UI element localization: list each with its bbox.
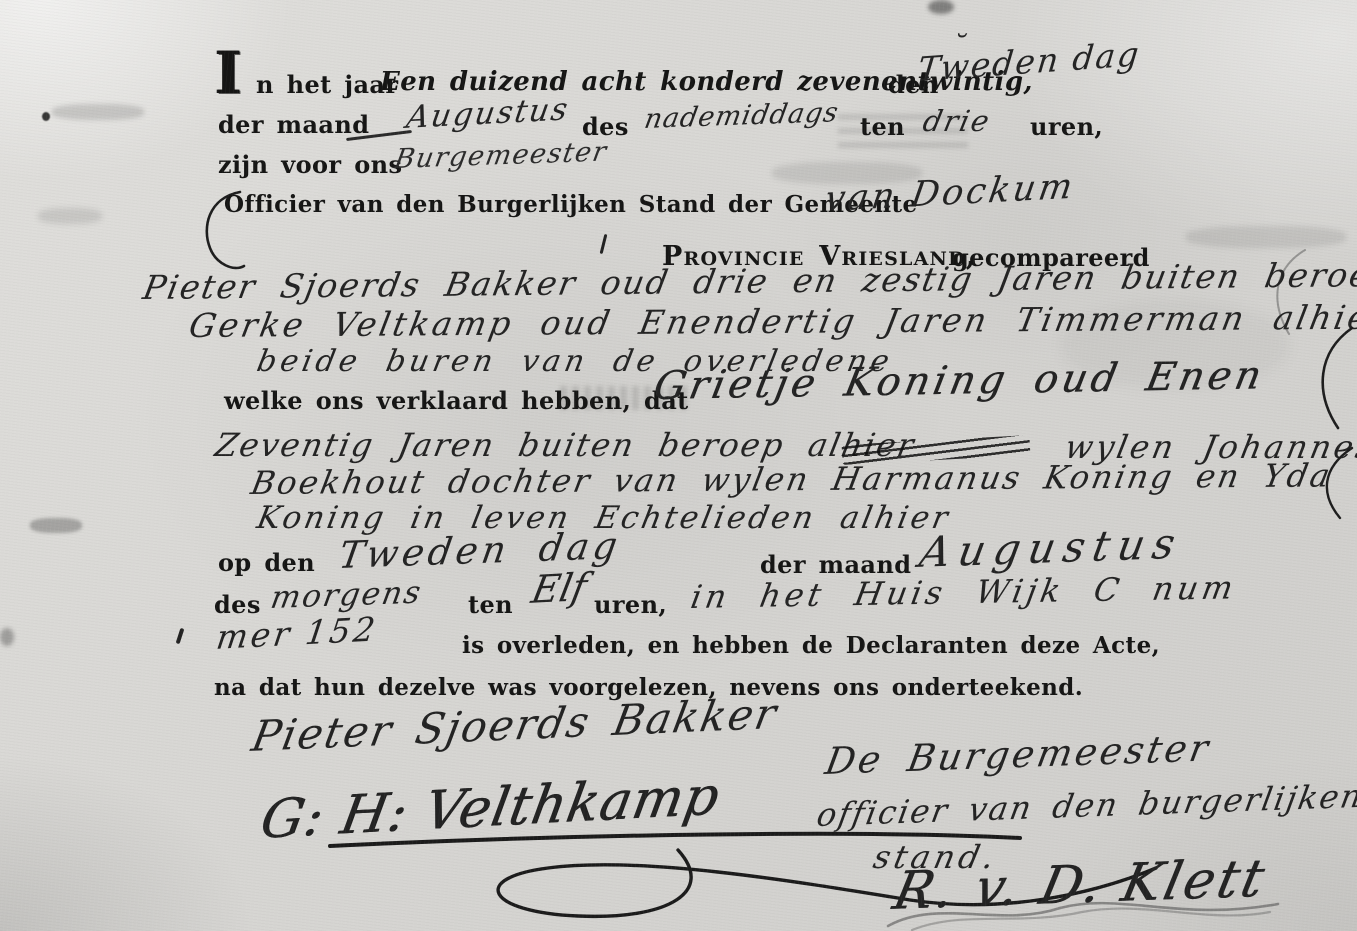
edge-smudge [30, 518, 82, 533]
handwritten-declarant2: Gerke Veltkamp oud Enendertig Jaren Timm… [186, 298, 1357, 345]
handwritten-deceased-name: Grietje Koning oud Enen [650, 353, 1269, 409]
printed-text: is overleden, en hebben de Declaranten d… [462, 632, 1160, 659]
printed-text: uren, [1030, 112, 1103, 141]
printed-text: n het jaar [256, 70, 398, 99]
edge-smudge [928, 0, 954, 14]
handwritten-daypart: nademiddags [642, 97, 841, 135]
drop-cap-initial: I [214, 44, 242, 102]
handwritten-month: Augustus [404, 91, 572, 136]
printed-text: zijn voor ons [218, 150, 402, 179]
handwritten-death-month: Augustus [916, 519, 1187, 577]
handwritten-death-daypart: morgens [268, 574, 425, 616]
edge-smudge [42, 112, 50, 121]
handwritten-gemeente: van Dockum [822, 167, 1078, 220]
edge-smudge [38, 208, 102, 224]
handwritten-registration-day: Tweden dag [916, 34, 1143, 89]
signature-official-title: De Burgemeester [822, 726, 1214, 783]
printed-text: ten [468, 590, 513, 619]
printed-text: op den [218, 548, 315, 577]
bleed-through-smudge [1186, 226, 1346, 248]
printed-text: ten [860, 112, 905, 141]
handwritten-hour: drie [920, 104, 994, 138]
printed-text: uren, [594, 590, 667, 619]
pen-flourish [1312, 326, 1357, 432]
handwritten-house-number: mer 152 [214, 609, 380, 657]
handwritten-breve-mark: ˘ [952, 30, 967, 65]
printed-text: der maand [218, 110, 369, 139]
printed-text: des [214, 590, 261, 619]
pen-stroke [176, 628, 185, 644]
signature-flourish [878, 898, 1298, 931]
handwritten-age-line: Zeventig Jaren buiten beroep alhier [212, 426, 919, 464]
scanned-death-record-page: I n het jaar Een duizend acht konderd ze… [0, 0, 1357, 931]
edge-smudge [0, 628, 14, 646]
printed-text: welke ons verklaard hebben, dat [224, 386, 689, 415]
handwritten-parents-line: Boekhout dochter van wylen Harmanus Koni… [248, 456, 1335, 502]
edge-smudge [52, 104, 144, 120]
pen-flourish [1318, 446, 1357, 520]
printed-text: Officier van den Burgerlijken Stand der … [224, 191, 918, 218]
handwritten-death-hour: Elf [528, 565, 591, 612]
handwritten-official-title: Burgemeester [392, 136, 610, 175]
pen-stroke [600, 234, 608, 254]
